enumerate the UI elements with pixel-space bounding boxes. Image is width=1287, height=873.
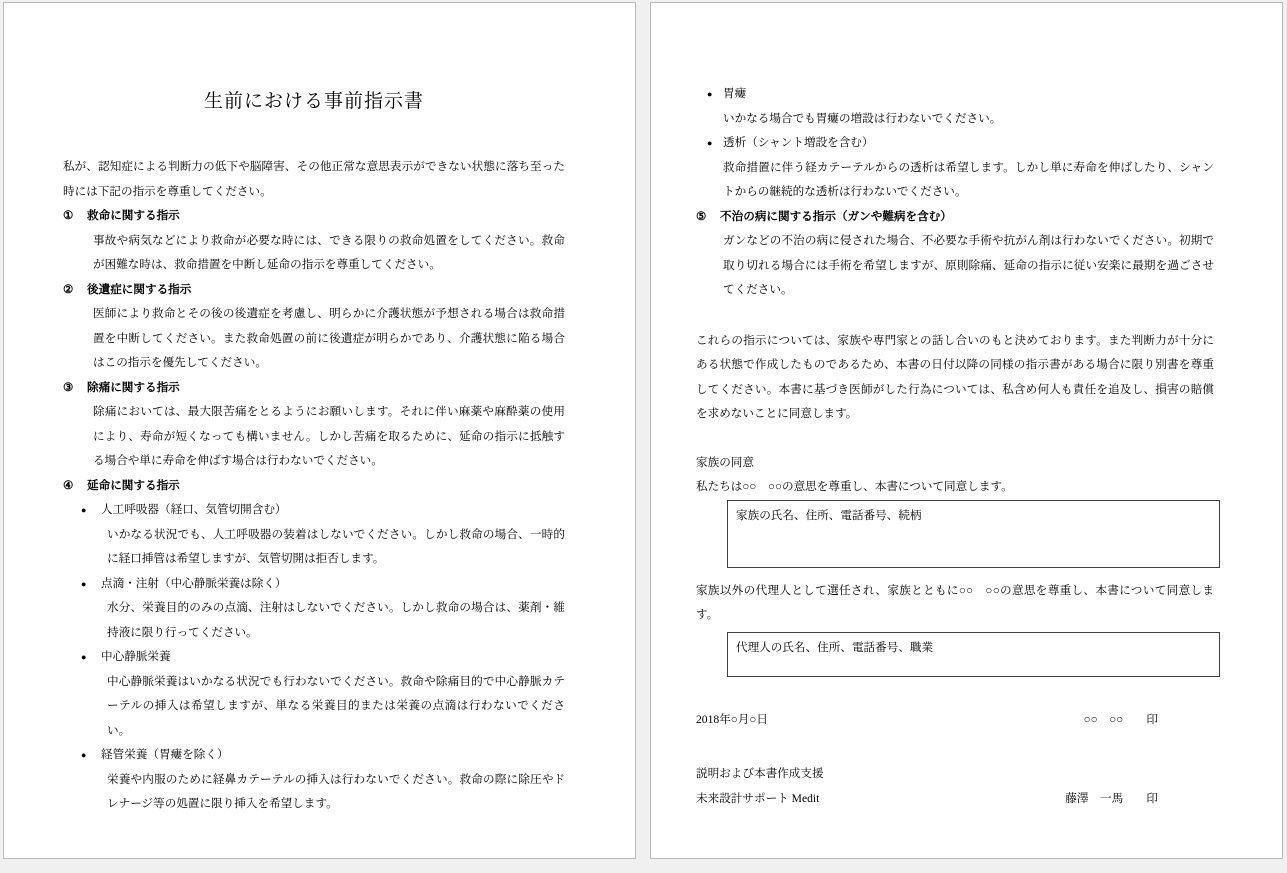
bullet-label: 透析（シャント増設を含む） <box>723 136 874 149</box>
section-2-heading: ②後遺症に関する指示 <box>63 278 565 303</box>
section-4-heading: ④延命に関する指示 <box>63 474 565 499</box>
declarant-signature-seal: ○○ ○○ 印 <box>1084 708 1214 733</box>
bullet-label: 胃瘻 <box>723 87 746 100</box>
bullet-item: ●胃瘻 いかなる場合でも胃瘻の増設は行わないでください。 <box>696 82 1214 131</box>
document-title: 生前における事前指示書 <box>63 87 565 117</box>
family-consent-heading: 家族の同意 <box>696 451 1214 476</box>
bullet-item: ●点滴・注射（中心静脈栄養は除く） 水分、栄養目的のみの点滴、注射はしないでくだ… <box>63 572 565 646</box>
bullet-item: ●人工呼吸器（経口、気管切開含む） いかなる状況でも、人工呼吸器の装着はしないで… <box>63 498 565 572</box>
proxy-box-label: 代理人の氏名、住所、電話番号、職業 <box>736 637 1211 659</box>
section-2-body: 医師により救命とその後の後遺症を考慮し、明らかに介護状態が予想される場合は救命措… <box>93 302 565 376</box>
section-2-number-icon: ② <box>63 278 87 303</box>
closing-paragraph: これらの指示については、家族や専門家との話し合いのもと決めております。また判断力… <box>696 329 1214 427</box>
bullet-body: 栄養や内服のために経鼻カテーテルの挿入は行わないでください。救命の際に除圧やドレ… <box>107 768 565 817</box>
bullet-icon: ● <box>81 498 101 523</box>
date-signature-row: 2018年○月○日 ○○ ○○ 印 <box>696 708 1214 733</box>
page-2[interactable]: ●胃瘻 いかなる場合でも胃瘻の増設は行わないでください。 ●透析（シャント増設を… <box>650 2 1283 859</box>
supporter-signature-seal: 藤澤 一馬 印 <box>1065 787 1214 812</box>
date-text: 2018年○月○日 <box>696 708 768 733</box>
bullet-label: 人工呼吸器（経口、気管切開含む） <box>101 503 287 516</box>
section-5-body: ガンなどの不治の病に侵された場合、不必要な手術や抗がん剤は行わないでください。初… <box>723 229 1214 303</box>
section-1-body: 事故や病気などにより救命が必要な時には、できる限りの救命処置をしてください。救命… <box>93 229 565 278</box>
bullet-item: ●透析（シャント増設を含む） 救命措置に伴う経カテーテルからの透析は希望します。… <box>696 131 1214 205</box>
bullet-label: 点滴・注射（中心静脈栄養は除く） <box>101 577 287 590</box>
section-3-label: 除痛に関する指示 <box>87 381 180 394</box>
bullet-item: ●中心静脈栄養 中心静脈栄養はいかなる状況でも行わないでください。救命や除痛目的… <box>63 645 565 743</box>
proxy-info-box: 代理人の氏名、住所、電話番号、職業 <box>727 632 1220 677</box>
section-1-label: 救命に関する指示 <box>87 209 180 222</box>
bullet-body: 中心静脈栄養はいかなる状況でも行わないでください。救命や除痛目的で中心静脈カテー… <box>107 670 565 744</box>
page-1[interactable]: 生前における事前指示書 私が、認知症による判断力の低下や脳障害、その他正常な意思… <box>3 2 636 859</box>
bullet-label: 中心静脈栄養 <box>101 650 171 663</box>
bullet-icon: ● <box>81 572 101 597</box>
section-4-number-icon: ④ <box>63 474 87 499</box>
section-3-body: 除痛においては、最大限苦痛をとるようにお願いします。それに伴い麻薬や麻酔薬の使用… <box>93 400 565 474</box>
family-info-box: 家族の氏名、住所、電話番号、続柄 <box>727 500 1220 568</box>
bullet-icon: ● <box>707 131 723 156</box>
section-4-label: 延命に関する指示 <box>87 479 180 492</box>
section-5-number-icon: ⑤ <box>696 205 720 230</box>
section-1-heading: ①救命に関する指示 <box>63 204 565 229</box>
bullet-icon: ● <box>707 82 723 107</box>
section-3-heading: ③除痛に関する指示 <box>63 376 565 401</box>
bullet-body: 救命措置に伴う経カテーテルからの透析は希望します。しかし単に寿命を伸ばしたり、シ… <box>723 156 1214 205</box>
family-consent-statement: 私たちは○○ ○○の意思を尊重し、本書について同意します。 <box>696 475 1214 500</box>
support-company: 未来設計サポート Medit <box>696 787 819 812</box>
section-3-number-icon: ③ <box>63 376 87 401</box>
bullet-body: いかなる場合でも胃瘻の増設は行わないでください。 <box>723 107 1214 132</box>
section-5-heading: ⑤不治の病に関する指示（ガンや難病を含む） <box>696 205 1214 230</box>
bullet-label: 経管栄養（胃瘻を除く） <box>101 748 229 761</box>
bullet-icon: ● <box>81 645 101 670</box>
section-5-label: 不治の病に関する指示（ガンや難病を含む） <box>720 210 952 223</box>
section-1-number-icon: ① <box>63 204 87 229</box>
bullet-item: ●経管栄養（胃瘻を除く） 栄養や内服のために経鼻カテーテルの挿入は行わないでくだ… <box>63 743 565 817</box>
section-2-label: 後遺症に関する指示 <box>87 283 191 296</box>
proxy-consent-statement: 家族以外の代理人として選任され、家族とともに○○ ○○の意思を尊重し、本書につい… <box>696 579 1214 628</box>
support-signature-row: 未来設計サポート Medit 藤澤 一馬 印 <box>696 787 1214 812</box>
support-caption: 説明および本書作成支援 <box>696 762 1214 787</box>
family-box-label: 家族の氏名、住所、電話番号、続柄 <box>736 505 1211 527</box>
bullet-body: 水分、栄養目的のみの点滴、注射はしないでください。しかし救命の場合は、薬剤・維持… <box>107 596 565 645</box>
bullet-icon: ● <box>81 743 101 768</box>
intro-paragraph: 私が、認知症による判断力の低下や脳障害、その他正常な意思表示ができない状態に落ち… <box>63 155 565 204</box>
bullet-body: いかなる状況でも、人工呼吸器の装着はしないでください。しかし救命の場合、一時的に… <box>107 523 565 572</box>
